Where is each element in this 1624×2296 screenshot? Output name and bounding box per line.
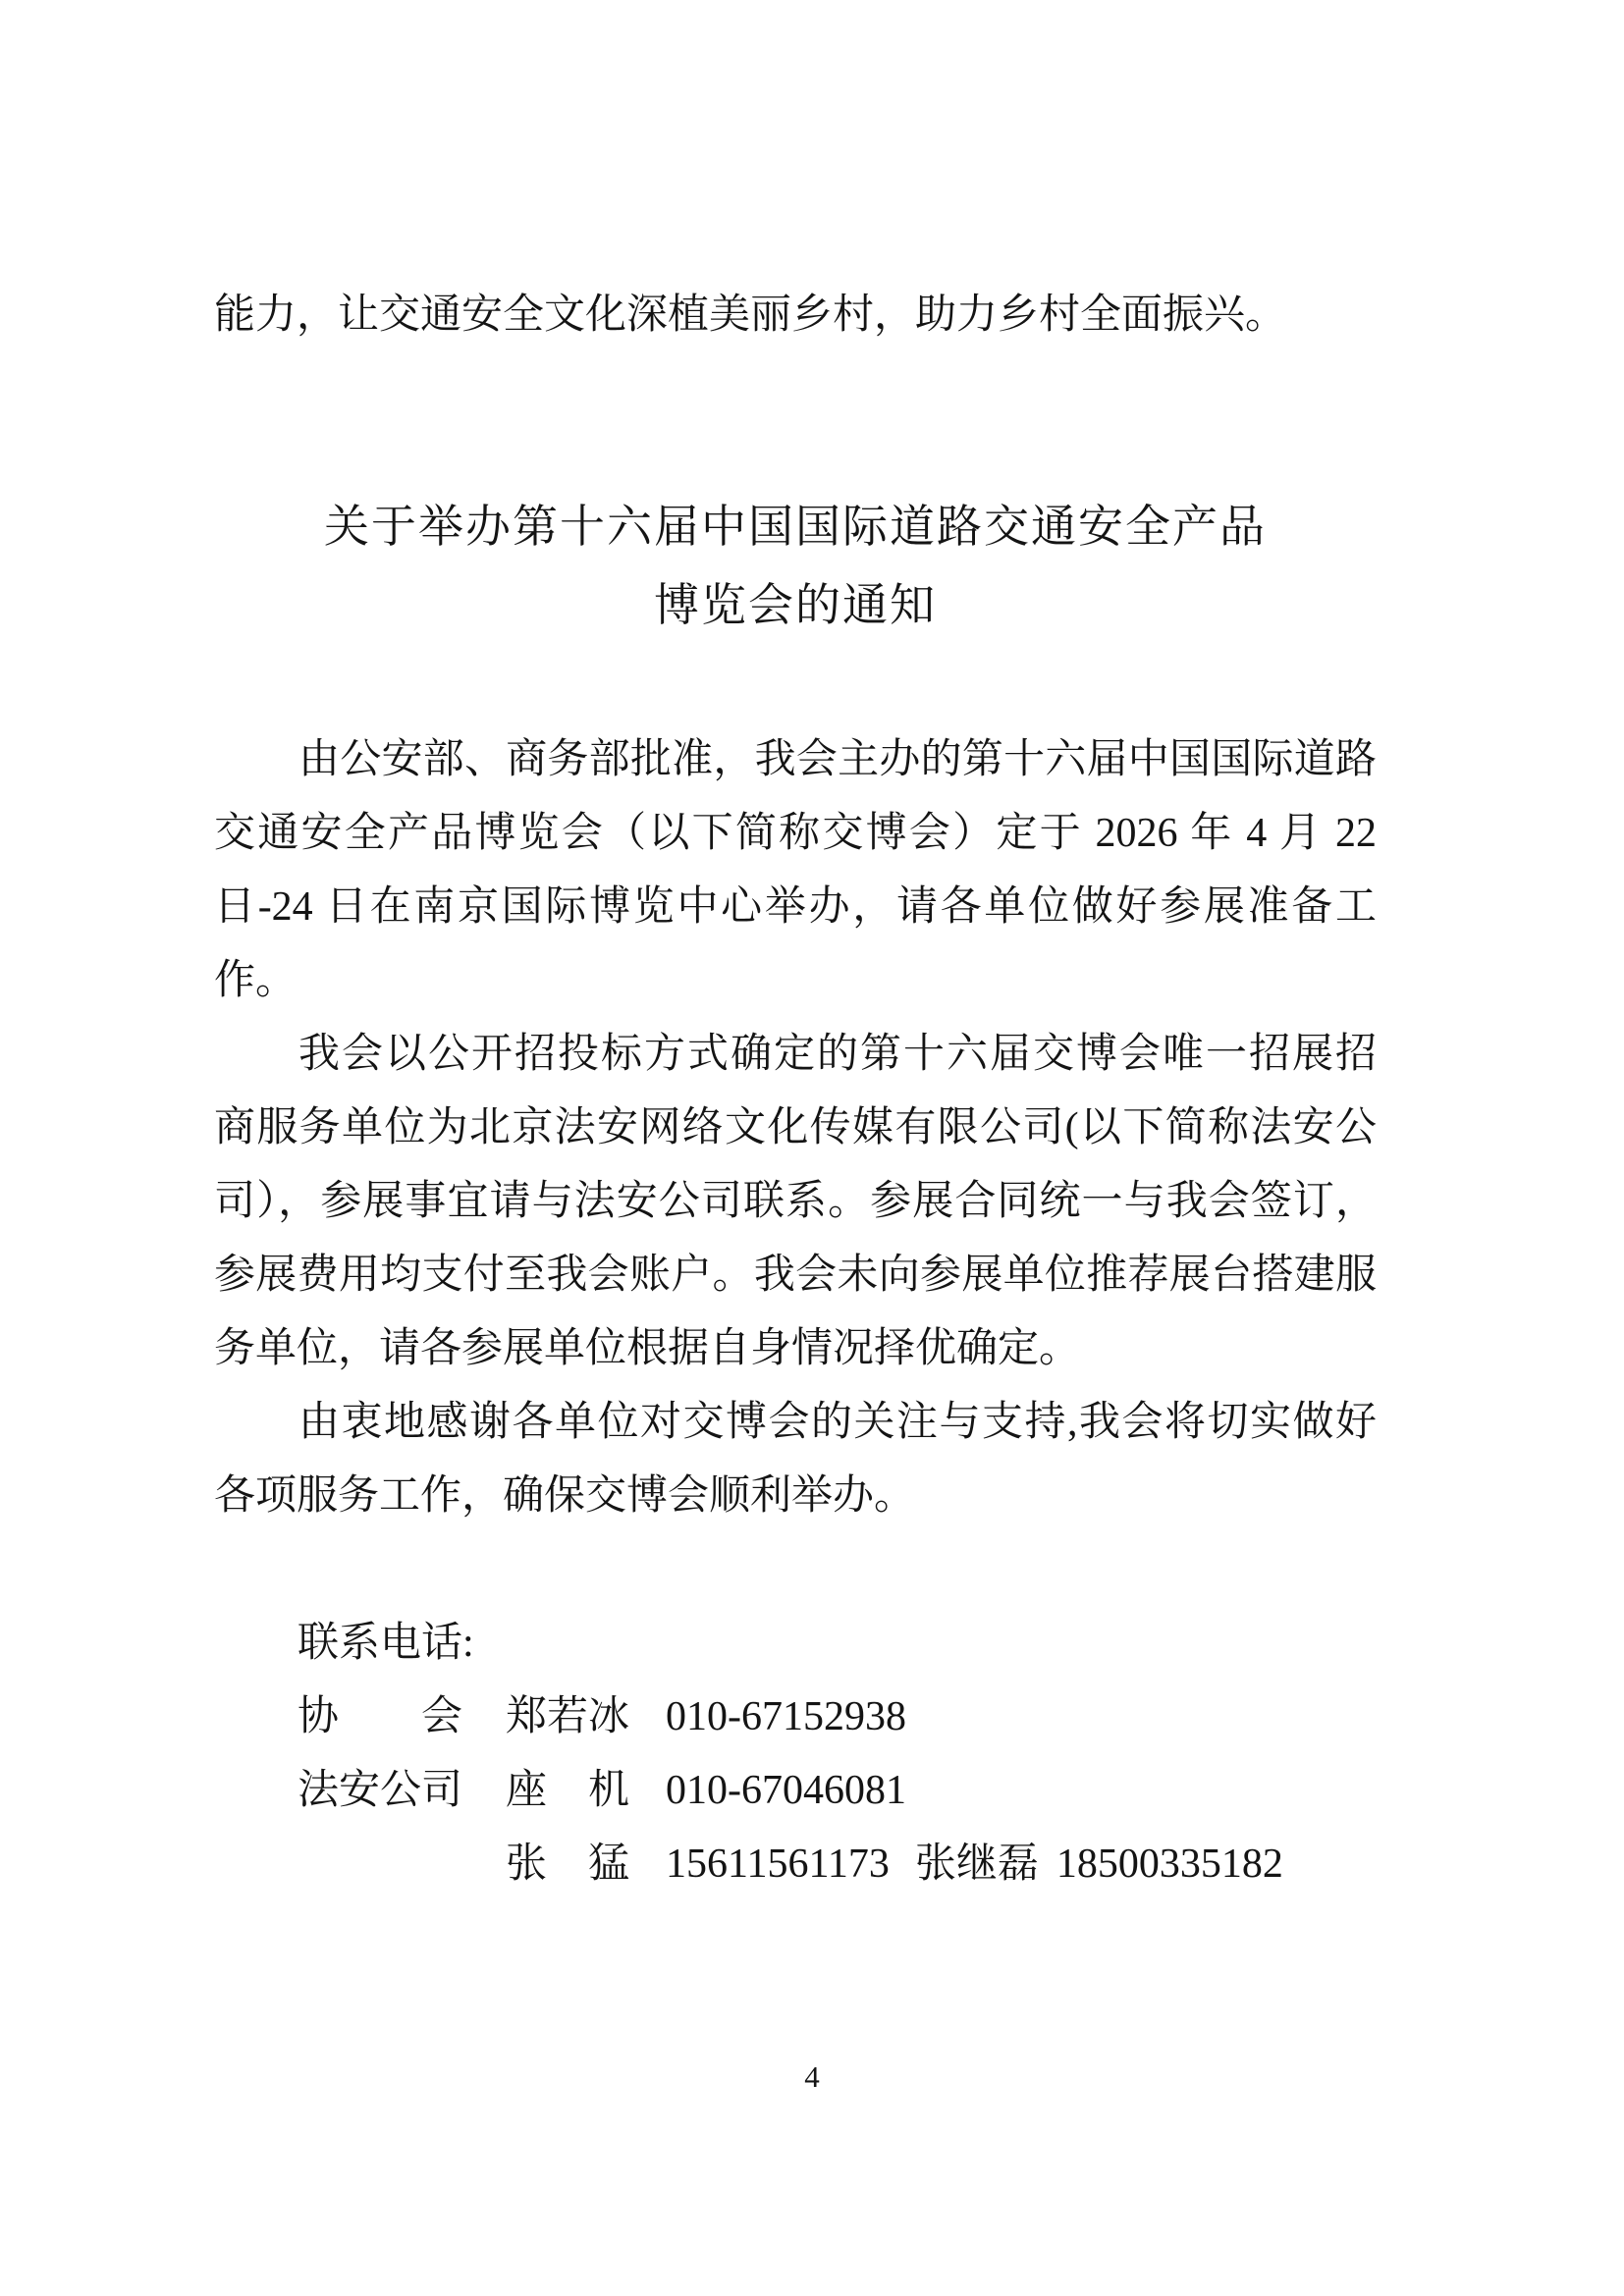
paragraph1-line2: 交通安全产品博览会（以下简称交博会）定于 2026 年 4 月 22 — [214, 797, 1377, 871]
contact-name: 座 机 — [506, 1754, 666, 1828]
document-page: 能力，让交通安全文化深植美丽乡村，助力乡村全面振兴。 关于举办第十六届中国国际道… — [0, 0, 1624, 2296]
contact-org: 法安公司 — [298, 1754, 506, 1828]
contact-phone: 15611561173 — [666, 1828, 890, 1901]
contact-row-association: 协 会 郑若冰 010-67152938 — [298, 1681, 906, 1754]
paragraph3-line2: 各项服务工作，确保交博会顺利举办。 — [214, 1460, 1377, 1533]
contact-row-mobile: 张 猛 15611561173 张继磊 18500335182 — [298, 1828, 1283, 1901]
page-number: 4 — [0, 2057, 1624, 2097]
contact-header: 联系电话: — [298, 1607, 474, 1681]
body-continuation-line: 能力，让交通安全文化深植美丽乡村，助力乡村全面振兴。 — [214, 279, 1377, 352]
contact-name2: 张继磊 — [915, 1828, 1039, 1901]
paragraph2-line3: 司），参展事宜请与法安公司联系。参展合同统一与我会签订， — [214, 1165, 1377, 1239]
paragraph2-line1: 我会以公开招投标方式确定的第十六届交博会唯一招展招 — [214, 1018, 1377, 1092]
contact-org: 协 会 — [298, 1681, 506, 1754]
contact-phone: 010-67046081 — [666, 1754, 906, 1828]
contact-header-label: 联系电话: — [298, 1607, 474, 1681]
paragraph2-line2: 商服务单位为北京法安网络文化传媒有限公司(以下简称法安公 — [214, 1092, 1377, 1165]
paragraph3-line1: 由衷地感谢各单位对交博会的关注与支持,我会将切实做好 — [214, 1386, 1377, 1460]
paragraph1-line4: 作。 — [214, 944, 1377, 1018]
notice-title-line2: 博览会的通知 — [214, 566, 1377, 645]
notice-title-line1: 关于举办第十六届中国国际道路交通安全产品 — [214, 488, 1377, 566]
contact-phone: 010-67152938 — [666, 1681, 906, 1754]
contact-name: 郑若冰 — [506, 1681, 666, 1754]
contact-name: 张 猛 — [506, 1828, 666, 1901]
contact-org — [298, 1828, 506, 1901]
contact-row-faan-company: 法安公司 座 机 010-67046081 — [298, 1754, 906, 1828]
paragraph1-line1: 由公安部、商务部批准，我会主办的第十六届中国国际道路 — [214, 723, 1377, 797]
paragraph1-line3: 日-24 日在南京国际博览中心举办，请各单位做好参展准备工 — [214, 871, 1377, 944]
paragraph2-line5: 务单位，请各参展单位根据自身情况择优确定。 — [214, 1312, 1377, 1386]
paragraph2-line4: 参展费用均支付至我会账户。我会未向参展单位推荐展台搭建服 — [214, 1239, 1377, 1312]
contact-phone2: 18500335182 — [1056, 1828, 1283, 1901]
